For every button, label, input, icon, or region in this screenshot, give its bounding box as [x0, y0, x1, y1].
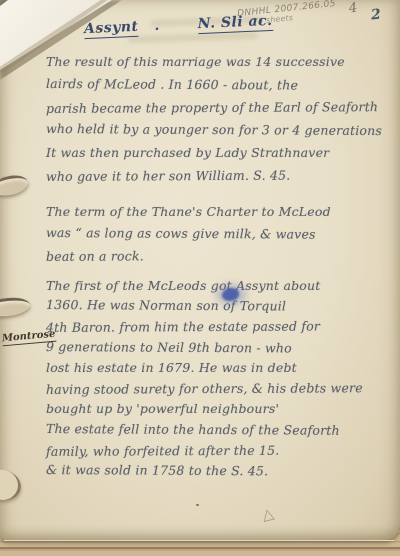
handwritten-line: The first of the McLeods got Assynt abou… — [46, 276, 380, 297]
handwritten-line: who gave it to her son William. S. 45. — [46, 164, 380, 189]
handwritten-line: was “ as long as cows give milk, & waves — [46, 222, 380, 246]
handwritten-body: The result of this marriage was 14 succe… — [46, 51, 380, 482]
handwritten-line: parish became the property of the Earl o… — [46, 96, 380, 121]
page-edge-highlight — [4, 540, 394, 541]
paragraph: The term of the Thane's Charter to McLeo… — [46, 201, 380, 267]
handwritten-line: family, who forfeited it after the 15. — [46, 440, 380, 462]
handwritten-line: lairds of McLeod . In 1660 - about, the — [46, 73, 380, 98]
handwritten-line: lost his estate in 1679. He was in debt — [46, 358, 380, 379]
handwritten-line: & it was sold in 1758 to the S. 45. — [46, 460, 380, 483]
dark-speck-mark — [196, 504, 199, 506]
heading-subtitle: N. Sli ac. — [197, 13, 272, 34]
paragraph: The result of this marriage was 14 succe… — [46, 51, 380, 188]
handwritten-line: 1360. He was Norman son of Torquil — [46, 295, 380, 318]
handwritten-line: having stood surety for others, & his de… — [46, 378, 380, 400]
sheet-stack-seam — [0, 547, 400, 549]
handwritten-line: who held it by a younger son for 3 or 4 … — [46, 118, 380, 143]
handwritten-line: The estate fell into the hands of the Se… — [46, 419, 380, 442]
handwritten-line: The term of the Thane's Charter to McLeo… — [46, 201, 380, 223]
handwritten-line: The result of this marriage was 14 succe… — [46, 51, 380, 74]
notebook-scan: DNHHL 2007.266.05 75 sheets 4 2 Assynt.N… — [0, 0, 400, 556]
handwritten-line: beat on a rock. — [46, 244, 380, 268]
heading-title: Assynt — [84, 19, 139, 39]
handwritten-line: It was then purchased by Lady Strathnave… — [46, 142, 380, 165]
ink-page-number: 2 — [370, 7, 381, 24]
handwritten-line: 9 generations to Neil 9th baron - who — [46, 337, 380, 360]
handwritten-line: bought up by 'powerful neighbours' — [46, 399, 380, 420]
heading-separator: . — [154, 18, 160, 34]
paragraph: The first of the McLeods got Assynt abou… — [46, 276, 380, 482]
handwritten-line: 4th Baron. from him the estate passed fo… — [46, 316, 380, 338]
